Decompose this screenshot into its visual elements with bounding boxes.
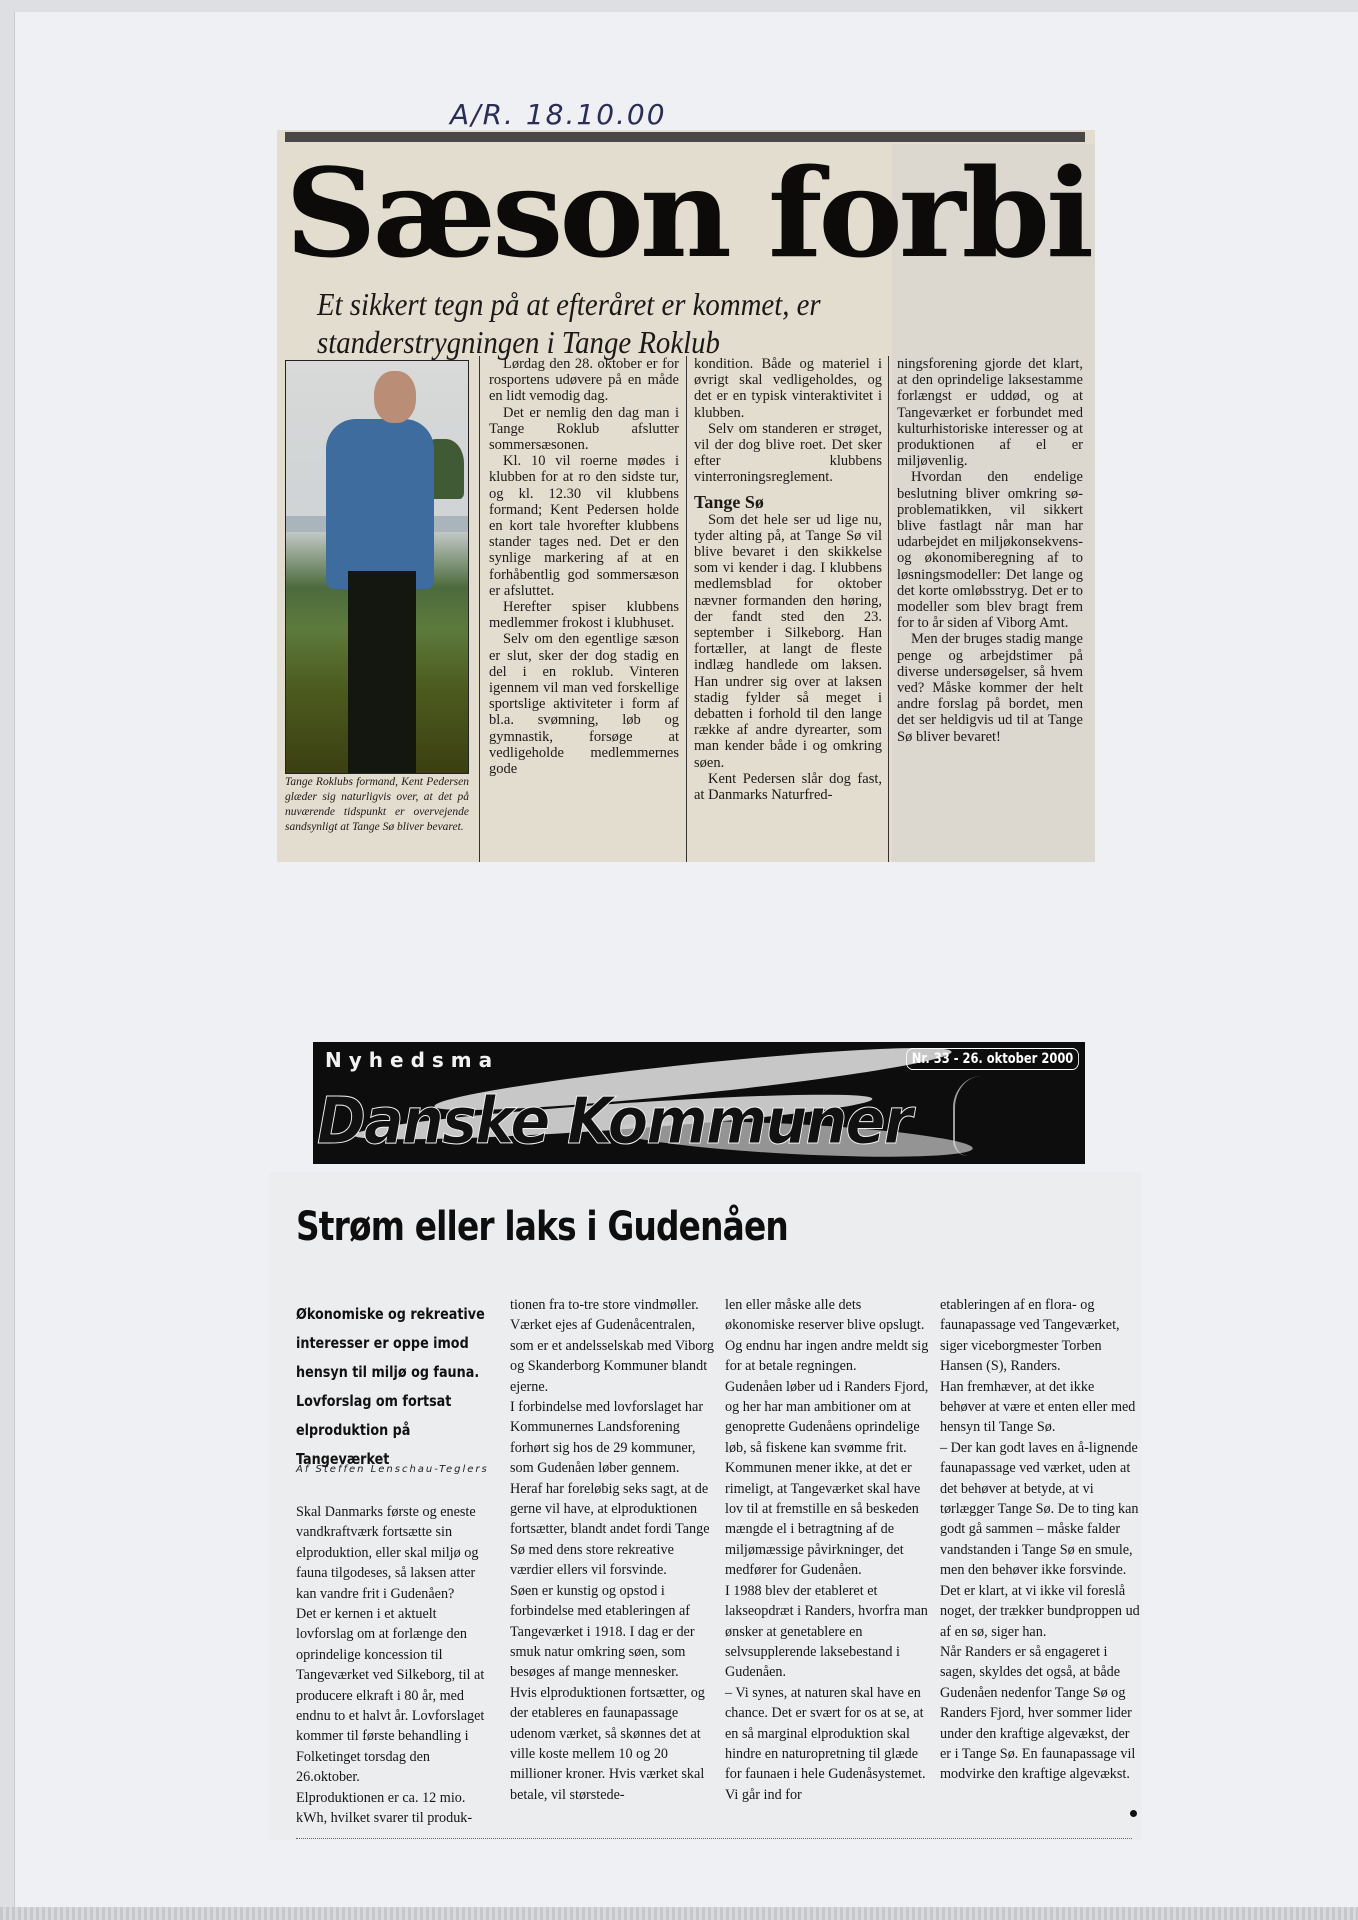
clipping-saeson-forbi: Sæson forbi Et sikkert tegn på at efterå… [277, 130, 1095, 862]
article1-column-3: ningsforening gjorde det klart, at den o… [897, 356, 1083, 745]
paragraph: Som det hele ser ud lige nu, tyder altin… [694, 512, 882, 771]
headline: Sæson forbi [285, 148, 1117, 278]
paragraph: Men der bruges stadig mange penge og arb… [897, 631, 1083, 744]
paragraph: kondition. Både og materiel i øvrigt ska… [694, 356, 882, 421]
paragraph: Når Randers er så engageret i sagen, sky… [940, 1642, 1140, 1785]
dotted-rule [296, 1838, 1132, 1839]
paragraph: Søen er kunstig og opstod i forbindelse … [510, 1581, 715, 1683]
column-rule [479, 356, 480, 862]
paragraph: Hvordan den endelige beslutning bliver o… [897, 469, 1083, 631]
article1-column-2: kondition. Både og materiel i øvrigt ska… [694, 356, 882, 803]
paragraph: Elproduktionen er ca. 12 mio. kWh, hvilk… [296, 1788, 492, 1829]
paragraph: I forbindelse med lovforslaget har Kommu… [510, 1397, 715, 1581]
paragraph: Selv om standeren er strøget, vil der do… [694, 421, 882, 486]
photo-caption: Tange Roklubs formand, Kent Pedersen glæ… [285, 775, 469, 835]
clipping-strom-eller-laks: Strøm eller laks i Gudenåen Økonomiske o… [270, 1172, 1142, 1840]
photo-kent-pedersen [285, 360, 469, 774]
column-rule [686, 356, 687, 862]
paragraph: Hvis elproduktionen fortsætter, og der e… [510, 1683, 715, 1805]
figure-jacket [326, 419, 434, 589]
figure-legs [348, 571, 416, 773]
paragraph: Gudenåen løber ud i Randers Fjord, og he… [725, 1377, 933, 1581]
column-rule [888, 356, 889, 862]
paragraph: tionen fra to-tre store vindmøller. Værk… [510, 1295, 715, 1397]
paragraph: Det er kernen i et aktuelt lovforslag om… [296, 1604, 492, 1788]
paragraph: Selv om den egentlige sæson er slut, ske… [489, 631, 679, 777]
article2-column-2: tionen fra to-tre store vindmøller. Værk… [510, 1295, 715, 1805]
paragraph: Skal Danmarks første og eneste vandkraft… [296, 1502, 492, 1604]
lead-paragraph: Økonomiske og rekreative interesser er o… [296, 1300, 486, 1474]
paragraph: – Vi synes, at naturen skal have en chan… [725, 1683, 933, 1805]
article2-column-1: Skal Danmarks første og eneste vandkraft… [296, 1502, 492, 1829]
headline: Strøm eller laks i Gudenåen [296, 1202, 788, 1252]
byline: Af Steffen Lenschau-Teglers [296, 1464, 489, 1475]
handwritten-note: A/R. 18.10.00 [450, 98, 667, 131]
article2-column-3: len eller måske alle dets økonomiske res… [725, 1295, 933, 1805]
subheadline: Et sikkert tegn på at efteråret er komme… [317, 285, 821, 361]
end-of-article-bullet-icon [1130, 1810, 1137, 1817]
map-outline-icon [953, 1076, 1025, 1156]
paragraph: Lørdag den 28. oktober er for rosportens… [489, 356, 679, 405]
paragraph: Han fremhæver, at det ikke behøver at væ… [940, 1377, 1140, 1438]
figure-head [374, 371, 416, 423]
article1-column-1: Lørdag den 28. oktober er for rosportens… [489, 356, 679, 777]
paragraph: Det er nemlig den dag man i Tange Roklub… [489, 405, 679, 454]
paragraph: I 1988 blev der etableret et lakseopdræt… [725, 1581, 933, 1683]
paragraph: – Der kan godt laves en å-lignende fauna… [940, 1438, 1140, 1642]
article2-column-4: etableringen af en flora- og faunapassag… [940, 1295, 1140, 1785]
issue-badge: Nr. 33 - 26. oktober 2000 [906, 1048, 1079, 1070]
paragraph: len eller måske alle dets økonomiske res… [725, 1295, 933, 1377]
masthead-kicker: Nyhedsma [325, 1048, 499, 1072]
masthead-title: Danske Kommuner [317, 1082, 911, 1162]
subheading: Tange Sø [694, 492, 882, 512]
paragraph: etableringen af en flora- og faunapassag… [940, 1295, 1140, 1377]
paragraph: ningsforening gjorde det klart, at den o… [897, 356, 1083, 469]
masthead-danske-kommuner: Nyhedsma Danske Kommuner Nr. 33 - 26. ok… [313, 1042, 1085, 1164]
paragraph: Herefter spiser klubbens medlemmer froko… [489, 599, 679, 631]
paragraph: Kent Pedersen slår dog fast, at Danmarks… [694, 771, 882, 803]
scan-edge [0, 1907, 1358, 1920]
paragraph: Kl. 10 vil roerne mødes i klubben for at… [489, 453, 679, 599]
